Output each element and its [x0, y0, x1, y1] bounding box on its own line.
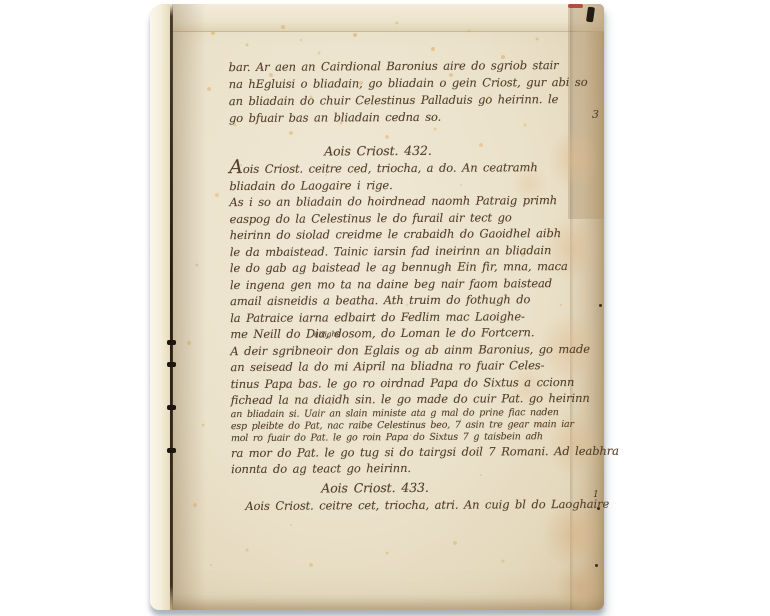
stitch-mark — [167, 362, 176, 367]
top-fold-crease — [150, 4, 604, 32]
under-leaf-edge — [150, 4, 170, 610]
manuscript-line: ra mor do Pat. le go tug si do tairgsi d… — [231, 442, 583, 461]
stitch-mark — [167, 340, 176, 345]
manuscript-line: bar. Ar aen an Cairdional Baronius aire … — [229, 57, 581, 76]
manuscript-line: ionnta do ag teact go heirinn. — [231, 459, 583, 478]
manuscript-line: go bfuair bas an bliadain cedna so. — [229, 108, 581, 127]
water-stain — [546, 552, 616, 616]
manuscript-line: heirinn do siolad creidme le crabaidh do… — [230, 225, 582, 244]
manuscript-line: an seisead la do mi Aipril na bliadna ro… — [230, 357, 582, 376]
red-edge-mark — [568, 4, 583, 8]
manuscript-line: me Neill do Dia, dosom, do Loman le do F… — [230, 324, 582, 343]
stitch-mark — [167, 405, 176, 410]
annal-entry-432: Aois Criost. ceitre ced, triocha, a do. … — [229, 159, 583, 478]
manuscript-line: As i so an bliadain do hoirdnead naomh P… — [229, 192, 581, 211]
margin-mark-upper: 3 — [592, 108, 599, 121]
gutter-shadow — [172, 4, 206, 610]
paragraph-fragment: bar. Ar aen an Cairdional Baronius aire … — [229, 57, 581, 127]
superscript-insertion: airighe — [314, 330, 340, 338]
photo-background: bar. Ar aen an Cairdional Baronius aire … — [0, 0, 770, 616]
annal-heading-432: Aois Criost. 432. — [229, 141, 581, 161]
stitch-mark — [167, 448, 176, 453]
manuscript-page: bar. Ar aen an Cairdional Baronius aire … — [150, 4, 604, 610]
annal-heading-433: Aois Criost. 433. — [231, 477, 583, 497]
manuscript-line: fichead la na diaidh sin. le go made do … — [231, 390, 583, 409]
text-block: bar. Ar aen an Cairdional Baronius aire … — [229, 57, 584, 514]
manuscript-line: na hEgluisi o bliadain, go bliadain o ge… — [229, 74, 581, 93]
manuscript-line: le do gab ag baistead le ag bennugh Ein … — [230, 258, 582, 277]
foxing-spots — [150, 4, 152, 6]
manuscript-line: amail aisneidis a beatha. Ath truim do f… — [230, 291, 582, 310]
manuscript-line: an bliadain do chuir Celestinus Palladui… — [229, 91, 581, 110]
margin-mark-lower: 1 — [593, 490, 599, 500]
manuscript-line: Aois Criost. ceitre cet, triocha, atri. … — [231, 495, 583, 514]
edge-speck — [595, 564, 598, 567]
edge-speck — [599, 304, 602, 307]
manuscript-line: Aois Criost. ceitre ced, triocha, a do. … — [229, 159, 581, 178]
